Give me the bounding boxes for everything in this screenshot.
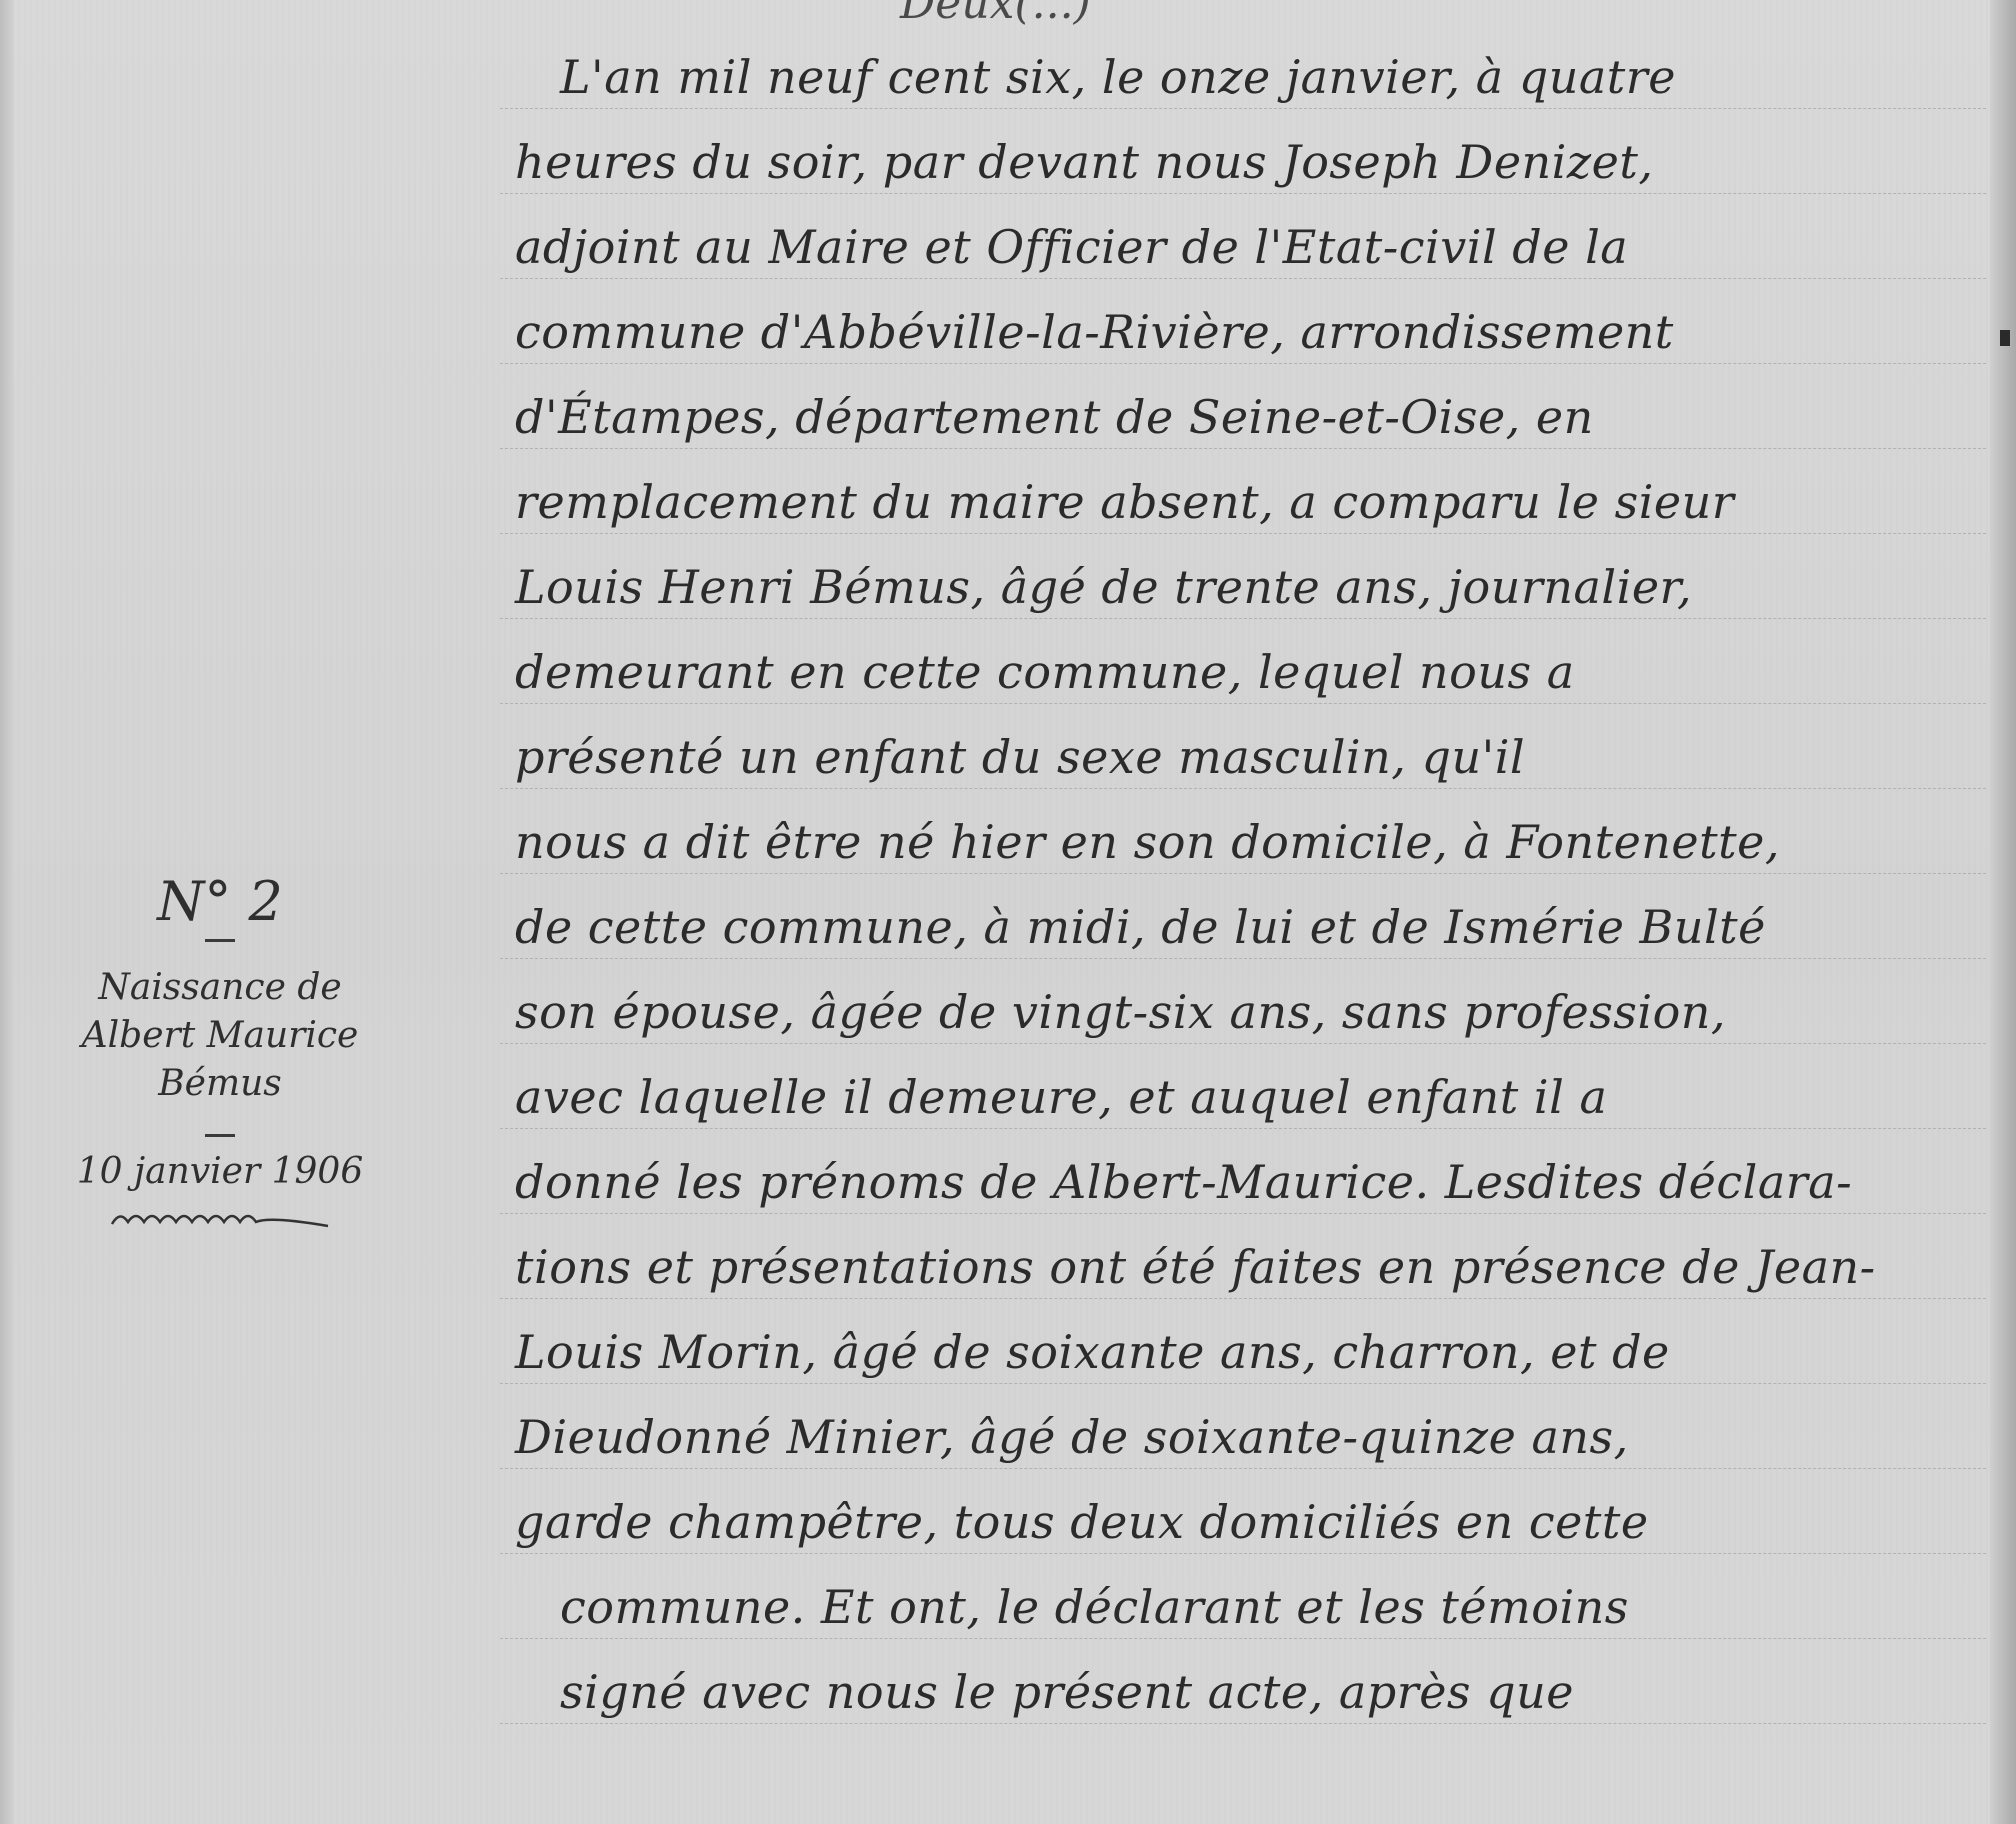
ruled-line [500,278,1986,279]
divider [205,1134,235,1137]
ruled-line [500,193,1986,194]
divider [205,939,235,942]
ruled-line [500,1128,1986,1129]
text-line: son épouse, âgée de vingt-six ans, sans … [515,985,1726,1039]
text-line: adjoint au Maire et Officier de l'Etat-c… [515,220,1628,274]
text-line: commune. Et ont, le déclarant et les tém… [560,1580,1629,1634]
squiggle-flourish-icon [110,1206,330,1230]
text-line: L'an mil neuf cent six, le onze janvier,… [560,50,1676,104]
ruled-line [500,1383,1986,1384]
ruled-line [500,1553,1986,1554]
ruled-line [500,533,1986,534]
ruled-line [500,1468,1986,1469]
ruled-line [500,1638,1986,1639]
margin-annotation: N° 2 Naissance de Albert Maurice Bémus 1… [30,870,410,1230]
text-line: Louis Henri Bémus, âgé de trente ans, jo… [515,560,1692,614]
ink-mark [2000,330,2010,346]
text-line: signé avec nous le présent acte, après q… [560,1665,1574,1719]
ruled-line [500,1298,1986,1299]
text-line: d'Étampes, département de Seine-et-Oise,… [515,390,1594,444]
margin-title: Naissance de [30,964,410,1012]
text-line: garde champêtre, tous deux domiciliés en… [515,1495,1649,1549]
ruled-line [500,448,1986,449]
text-line: Louis Morin, âgé de soixante ans, charro… [515,1325,1670,1379]
page-binding-edge [1990,0,2016,1824]
text-line: nous a dit être né hier en son domicile,… [515,815,1780,869]
ruled-line [500,363,1986,364]
ruled-line [500,618,1986,619]
ruled-line [500,958,1986,959]
margin-name-line1: Albert Maurice [30,1012,410,1060]
text-line: remplacement du maire absent, a comparu … [515,475,1734,529]
text-line: demeurant en cette commune, lequel nous … [515,645,1575,699]
ruled-line [500,1723,1986,1724]
margin-name-line2: Bémus [30,1060,410,1108]
register-page: Deux(...) N° 2 Naissance de Albert Mauri… [0,0,2016,1824]
text-line: avec laquelle il demeure, et auquel enfa… [515,1070,1607,1124]
ruled-line [500,873,1986,874]
text-line: heures du soir, par devant nous Joseph D… [515,135,1653,189]
ruled-line [500,108,1986,109]
ruled-line [500,703,1986,704]
margin-date: 10 janvier 1906 [30,1151,410,1192]
text-line: tions et présentations ont été faites en… [515,1240,1876,1294]
text-line: commune d'Abbéville-la-Rivière, arrondis… [515,305,1674,359]
text-line: donné les prénoms de Albert-Maurice. Les… [515,1155,1852,1209]
ruled-line [500,788,1986,789]
text-line: présenté un enfant du sexe masculin, qu'… [515,730,1525,784]
page-left-edge [0,0,14,1824]
ruled-line [500,1213,1986,1214]
text-line: Dieudonné Minier, âgé de soixante-quinze… [515,1410,1629,1464]
act-number: N° 2 [30,870,410,933]
text-line: de cette commune, à midi, de lui et de I… [515,900,1766,954]
header-fragment: Deux(...) [900,0,1091,29]
ruled-line [500,1043,1986,1044]
